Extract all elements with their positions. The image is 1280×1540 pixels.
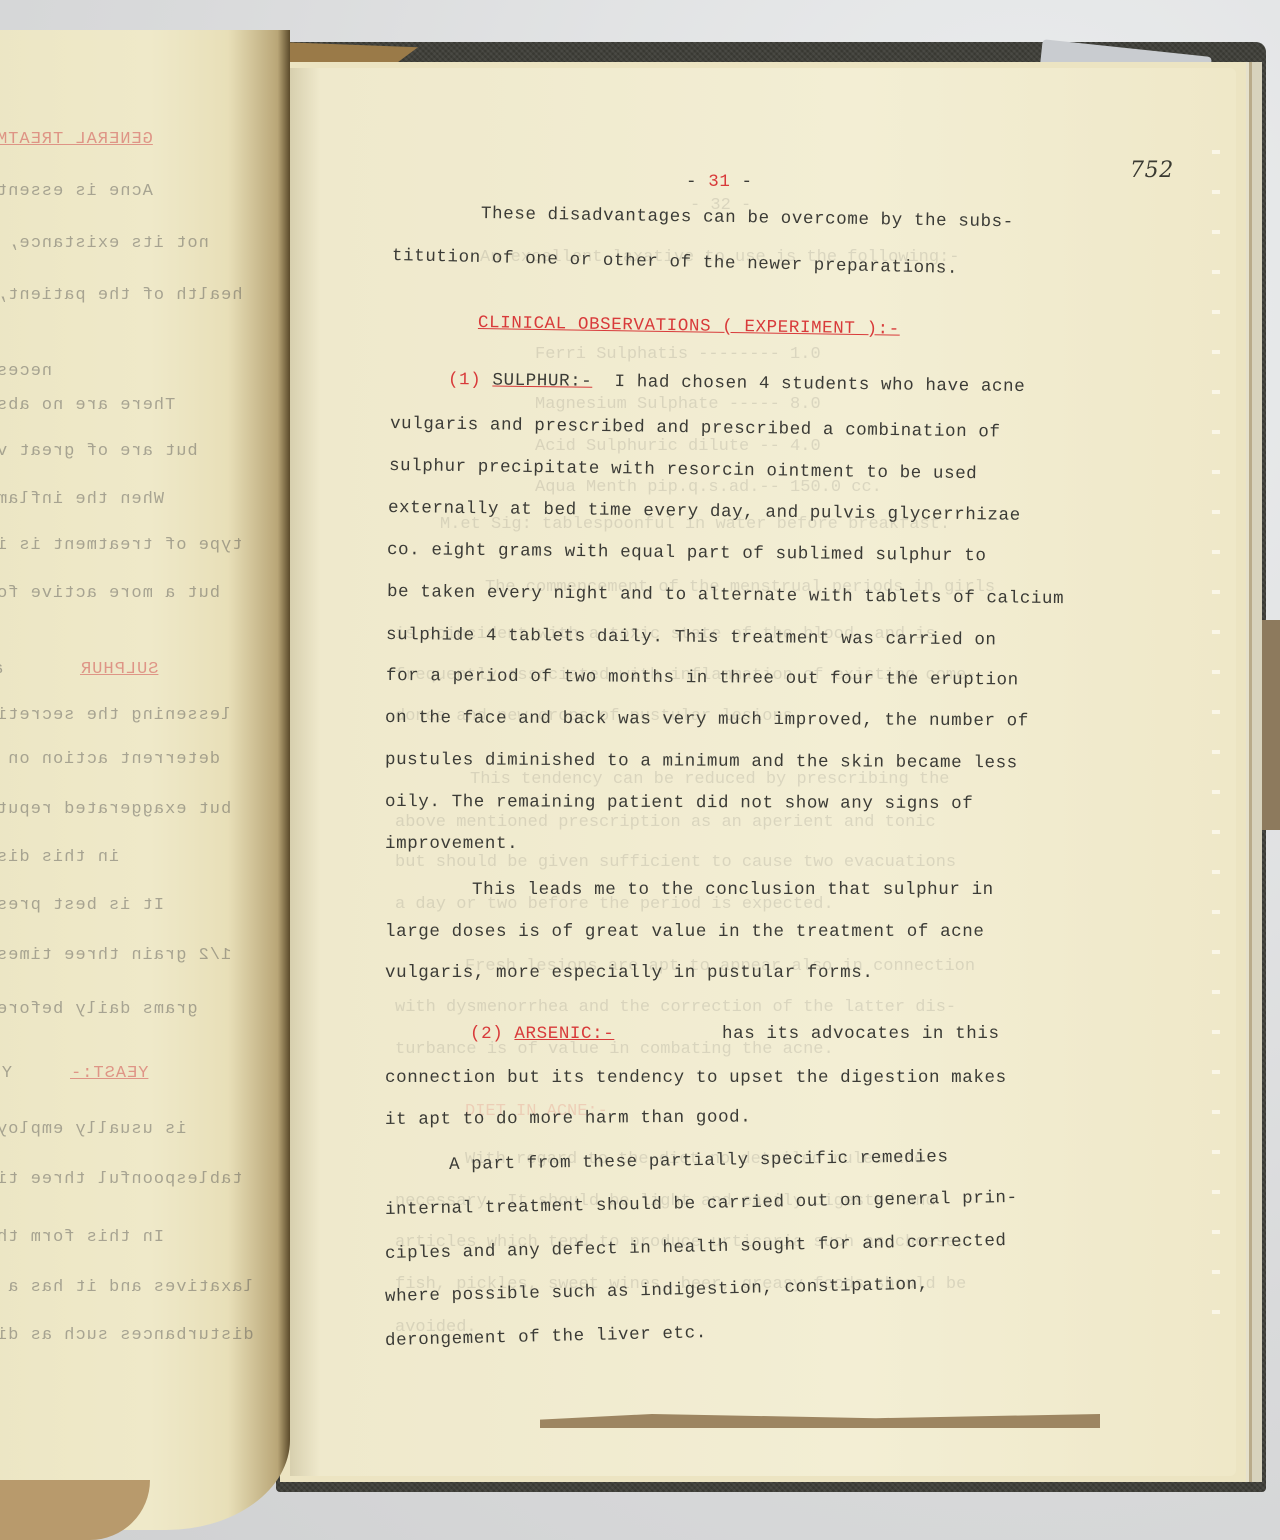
text-line: be taken every night and to alternate wi…	[387, 582, 1064, 609]
arsenic-paragraph-first-line: (2) ARSENIC:-	[470, 1024, 614, 1044]
sulphur-paragraph-first-line: (1) SULPHUR:- I had chosen 4 students wh…	[448, 370, 1026, 397]
arsenic-label: ARSENIC:-	[514, 1024, 614, 1044]
text-line: pustules diminished to a minimum and the…	[385, 750, 1018, 773]
text-line: vulgaris and prescribed and prescribed a…	[390, 414, 1001, 443]
text-line: co. eight grams with equal part of subli…	[387, 540, 987, 566]
text-line: ciples and any defect in health sought f…	[385, 1231, 1007, 1264]
intro-line: These disadvantages can be overcome by t…	[481, 204, 1014, 232]
text-line: This leads me to the conclusion that sul…	[472, 880, 994, 900]
typed-page-content: - 31 - 752 These disadvantages can be ov…	[0, 0, 1280, 1540]
item-number: (2)	[470, 1024, 503, 1044]
intro-line: titution of one or other of the newer pr…	[392, 246, 958, 279]
text-line: large doses is of great value in the tre…	[385, 922, 985, 942]
page-number-dash: -	[742, 172, 753, 192]
text-line: sulphur precipitate with resorcin ointme…	[389, 456, 978, 484]
text-line: internal treatment should be carried out…	[385, 1188, 1018, 1220]
text-line: it apt to do more harm than good.	[385, 1107, 751, 1130]
text-line: derongement of the liver etc.	[385, 1323, 707, 1351]
text-line: has its advocates in this	[722, 1024, 1000, 1044]
page-number: - 31 -	[686, 172, 753, 192]
text-line: externally at bed time every day, and pu…	[388, 498, 1021, 526]
archive-number: 752	[1130, 158, 1174, 183]
text-line: vulgaris, more especially in pustular fo…	[385, 963, 873, 983]
item-number: (1)	[448, 370, 482, 390]
text-line: sulphide 4 tablets daily. This treatment…	[386, 625, 997, 650]
text-line: improvement.	[385, 834, 518, 854]
sulphur-label: SULPHUR:-	[492, 371, 592, 392]
text-line: oily. The remaining patient did not show…	[385, 792, 973, 814]
page-number-value: 31	[708, 172, 730, 192]
section-heading: CLINICAL OBSERVATIONS ( EXPERIMENT ):-	[478, 313, 900, 340]
page-number-dash: -	[686, 172, 697, 192]
text-line: where possible such as indigestion, cons…	[385, 1275, 929, 1307]
text-line: for a period of two months in three out …	[386, 666, 1019, 690]
text-line: on the face and back was very much impro…	[385, 708, 1029, 731]
text-line: I had chosen 4 students who have acne	[614, 372, 1025, 397]
text-line: A part from these partially specific rem…	[449, 1147, 949, 1175]
text-line: connection but its tendency to upset the…	[385, 1068, 1007, 1088]
